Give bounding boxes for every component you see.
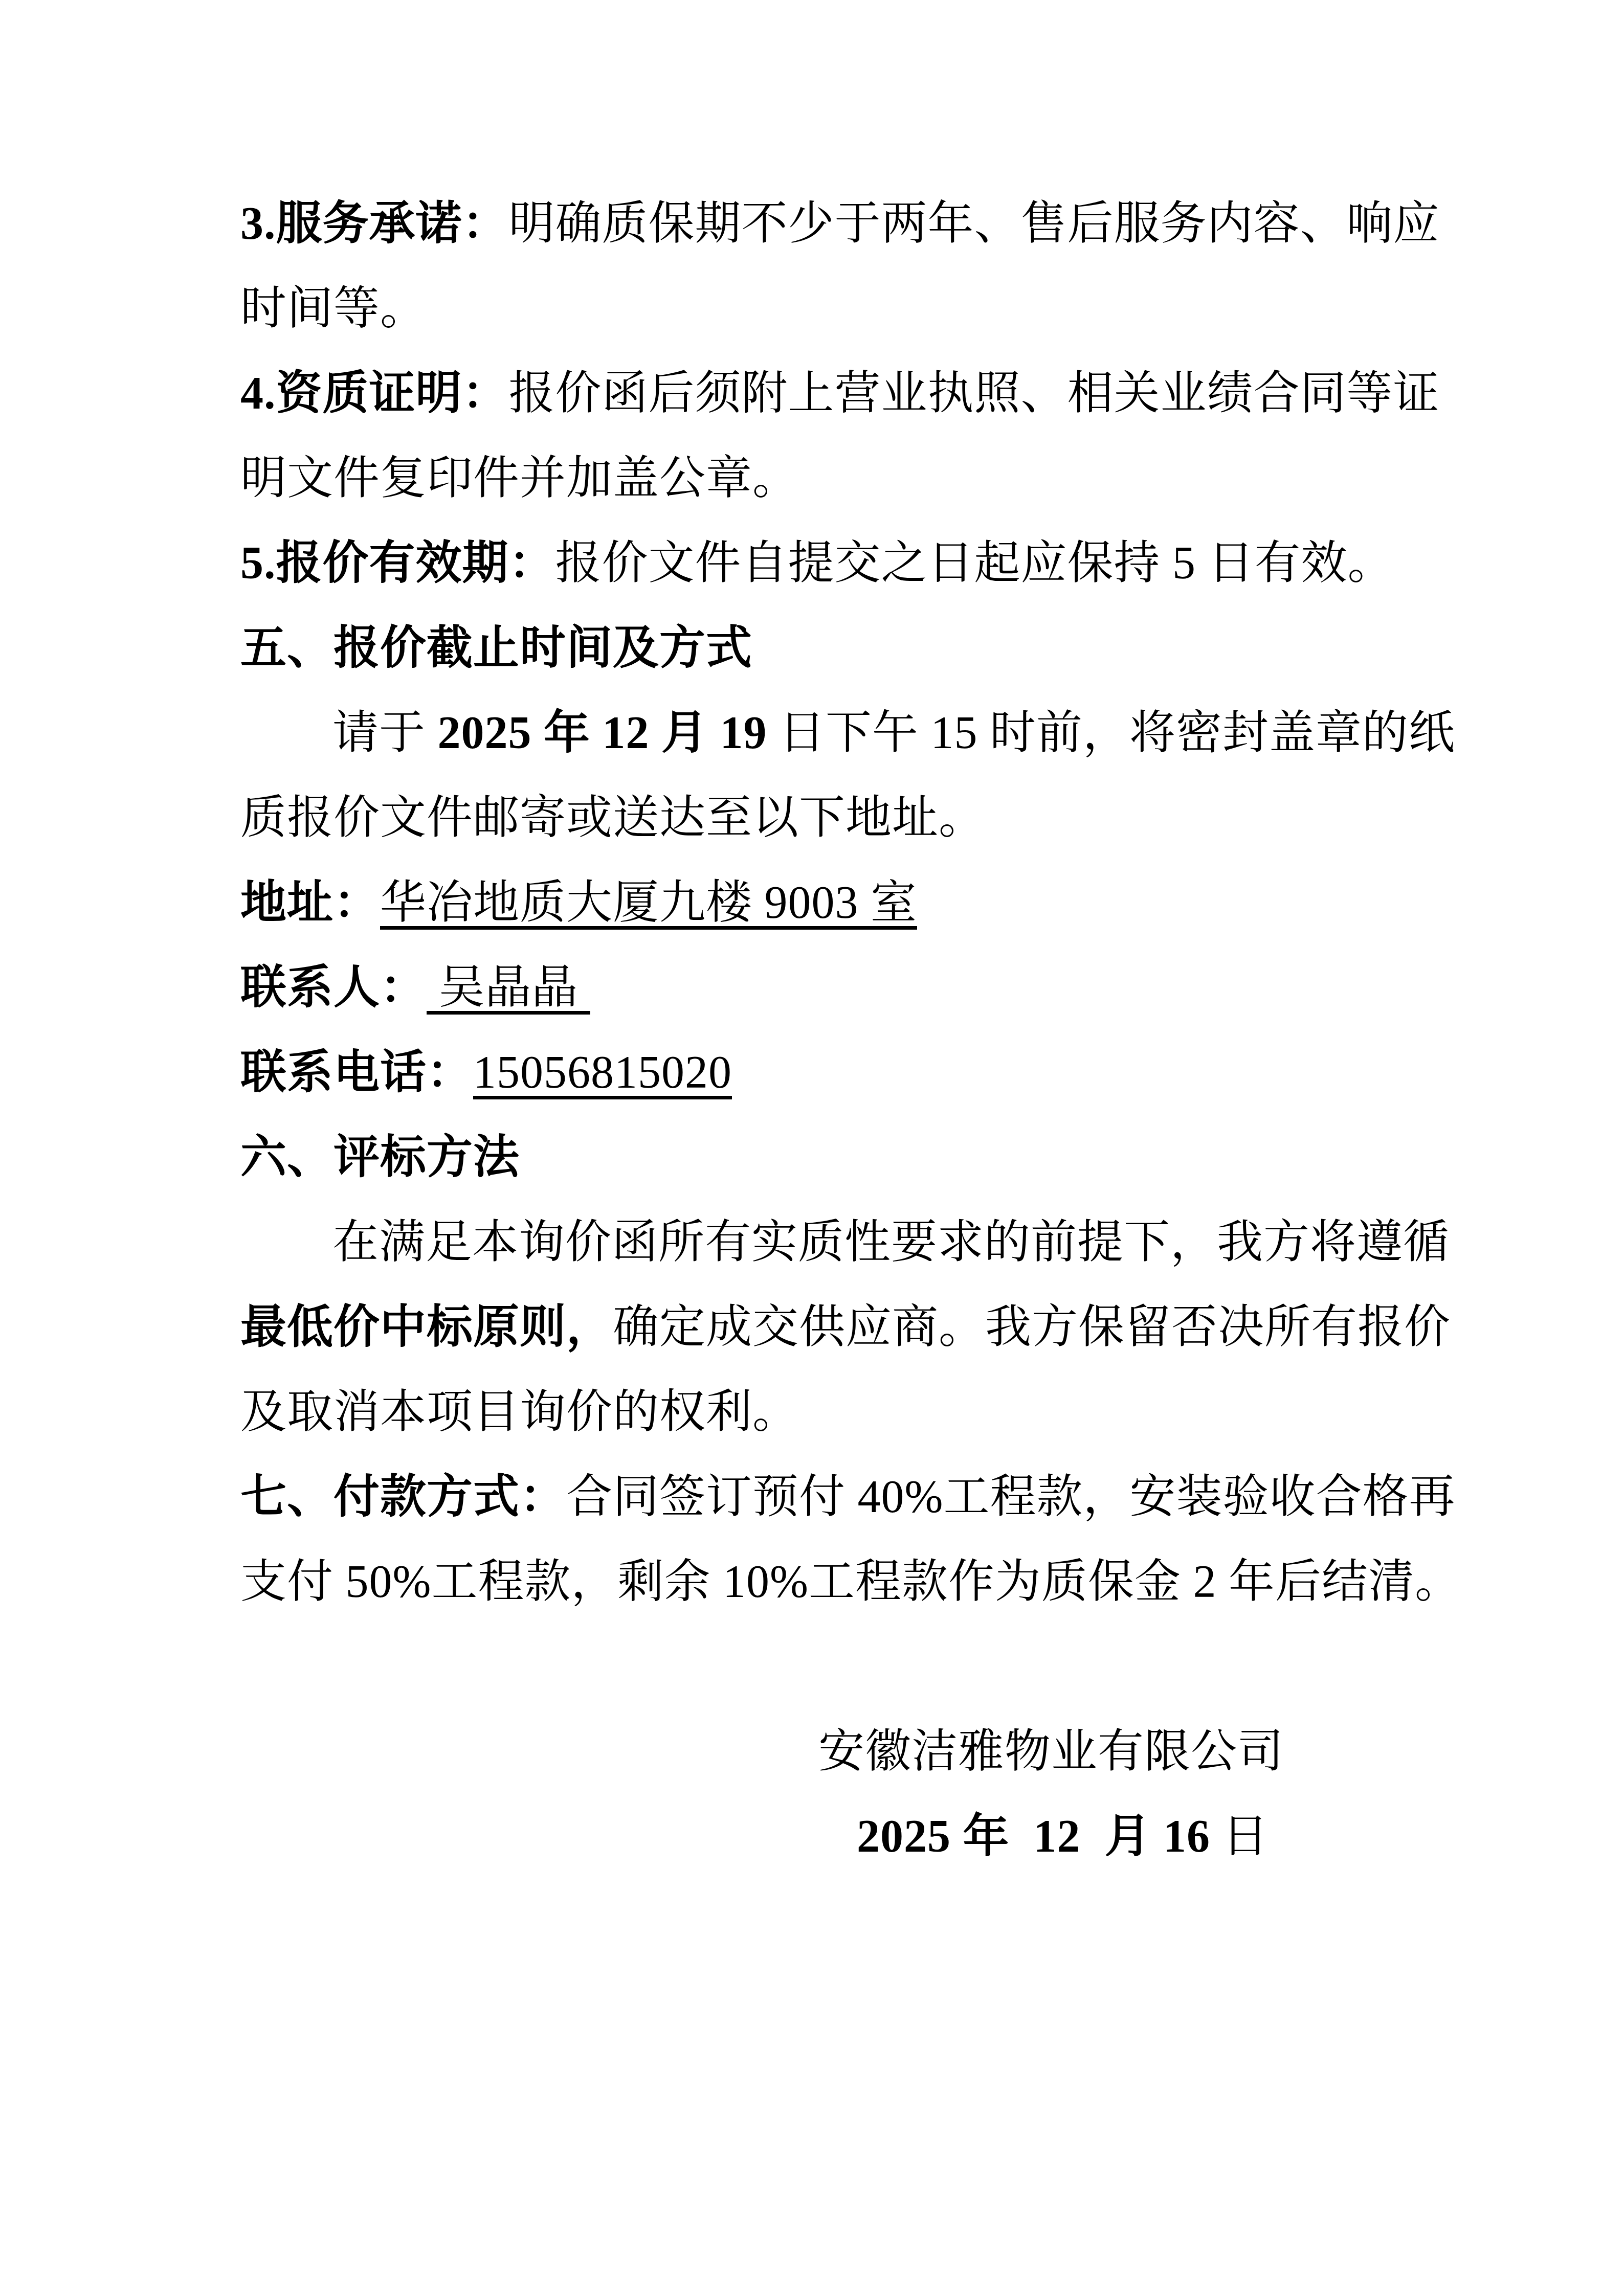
section7-payment-line2: 支付 50%工程款，剩余 10%工程款作为质保金 2 年后结清。	[240, 1540, 1488, 1625]
payment-text2: 支付 50%工程款，剩余 10%工程款作为质保金 2 年后结清。	[240, 1557, 1461, 1607]
item3-text-cont: 时间等。	[240, 283, 427, 334]
item5-validity-line: 5.报价有效期：报价文件自提交之日起应保持 5 日有效。	[240, 521, 1488, 606]
deadline-date: 2025 年 12 月 19	[438, 708, 767, 758]
item4-text-cont: 明文件复印件并加盖公章。	[240, 453, 799, 504]
address-value: 华冶地质大厦九楼 9003 室	[380, 877, 917, 928]
evaluation-paragraph-line3: 及取消本项目询价的权利。	[240, 1370, 1488, 1455]
item3-service-commitment-line2: 时间等。	[240, 266, 1488, 351]
deadline-text-cont: 质报价文件邮寄或送达至以下地址。	[240, 793, 985, 843]
address-label: 地址：	[240, 877, 380, 928]
spacer-line	[240, 1625, 1488, 1709]
lowest-price-principle: 最低价中标原则，	[240, 1302, 613, 1353]
section6-heading-text: 六、评标方法	[240, 1132, 520, 1183]
company-name: 安徽洁雅物业有限公司	[818, 1726, 1284, 1777]
document-body: 3.服务承诺：明确质保期不少于两年、售后服务内容、响应时间等。4.资质证明：报价…	[240, 182, 1488, 1879]
section5-heading: 五、报价截止时间及方式	[240, 606, 1488, 691]
deadline-paragraph-line2: 质报价文件邮寄或送达至以下地址。	[240, 776, 1488, 861]
deadline-paragraph-line1: 请于 2025 年 12 月 19 日下午 15 时前，将密封盖章的纸	[240, 691, 1488, 776]
section5-heading-text: 五、报价截止时间及方式	[240, 623, 752, 673]
evaluation-paragraph-line1: 在满足本询价函所有实质性要求的前提下，我方将遵循	[240, 1200, 1488, 1285]
payment-text1: 合同签订预付 40%工程款，安装验收合格再	[566, 1472, 1455, 1522]
deadline-prefix: 请于	[332, 708, 438, 758]
evaluation-text3: 及取消本项目询价的权利。	[240, 1387, 799, 1437]
address-line: 地址：华冶地质大厦九楼 9003 室	[240, 861, 1488, 946]
signature-date-day: 日	[1210, 1811, 1269, 1862]
contact-person-line: 联系人： 吴晶晶	[240, 946, 1488, 1030]
contact-phone-label: 联系电话：	[240, 1047, 473, 1098]
section6-heading: 六、评标方法	[240, 1115, 1488, 1200]
deadline-suffix: 日下午 15 时前，将密封盖章的纸	[767, 708, 1456, 758]
item4-qualification-line1: 4.资质证明：报价函后须附上营业执照、相关业绩合同等证	[240, 351, 1488, 436]
item5-text: 报价文件自提交之日起应保持 5 日有效。	[555, 538, 1394, 589]
contact-phone-value: 15056815020	[473, 1047, 732, 1098]
document-page: 3.服务承诺：明确质保期不少于两年、售后服务内容、响应时间等。4.资质证明：报价…	[0, 0, 1624, 2296]
item3-label: 3.服务承诺：	[240, 198, 509, 249]
contact-phone-line: 联系电话：15056815020	[240, 1030, 1488, 1115]
evaluation-paragraph-line2: 最低价中标原则，确定成交供应商。我方保留否决所有报价	[240, 1285, 1488, 1370]
item5-label: 5.报价有效期：	[240, 538, 555, 589]
item4-qualification-line2: 明文件复印件并加盖公章。	[240, 436, 1488, 521]
contact-person-label: 联系人：	[240, 962, 427, 1013]
section7-payment-line1: 七、付款方式：合同签订预付 40%工程款，安装验收合格再	[240, 1455, 1488, 1540]
item3-service-commitment-line1: 3.服务承诺：明确质保期不少于两年、售后服务内容、响应	[240, 182, 1488, 266]
signature-date-line: 2025 年 12 月 16 日	[857, 1794, 1488, 1879]
contact-person-value: 吴晶晶	[427, 962, 590, 1013]
evaluation-text1: 在满足本询价函所有实质性要求的前提下，我方将遵循	[332, 1217, 1450, 1268]
signature-date-main: 2025 年 12 月 16	[857, 1811, 1210, 1862]
item4-text: 报价函后须附上营业执照、相关业绩合同等证	[509, 368, 1440, 419]
signature-company-line: 安徽洁雅物业有限公司	[818, 1709, 1488, 1794]
evaluation-text2: 确定成交供应商。我方保留否决所有报价	[613, 1302, 1451, 1353]
section7-label: 七、付款方式：	[240, 1472, 566, 1522]
item3-text: 明确质保期不少于两年、售后服务内容、响应	[509, 198, 1440, 249]
item4-label: 4.资质证明：	[240, 368, 509, 419]
